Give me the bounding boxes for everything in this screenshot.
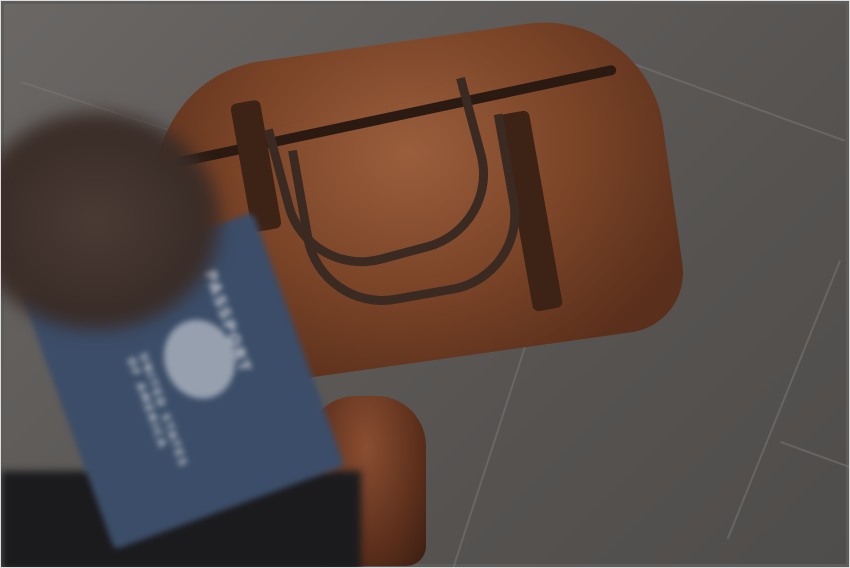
photo: PASSPORT UNITED STATES OF AMERICA [0,0,850,568]
